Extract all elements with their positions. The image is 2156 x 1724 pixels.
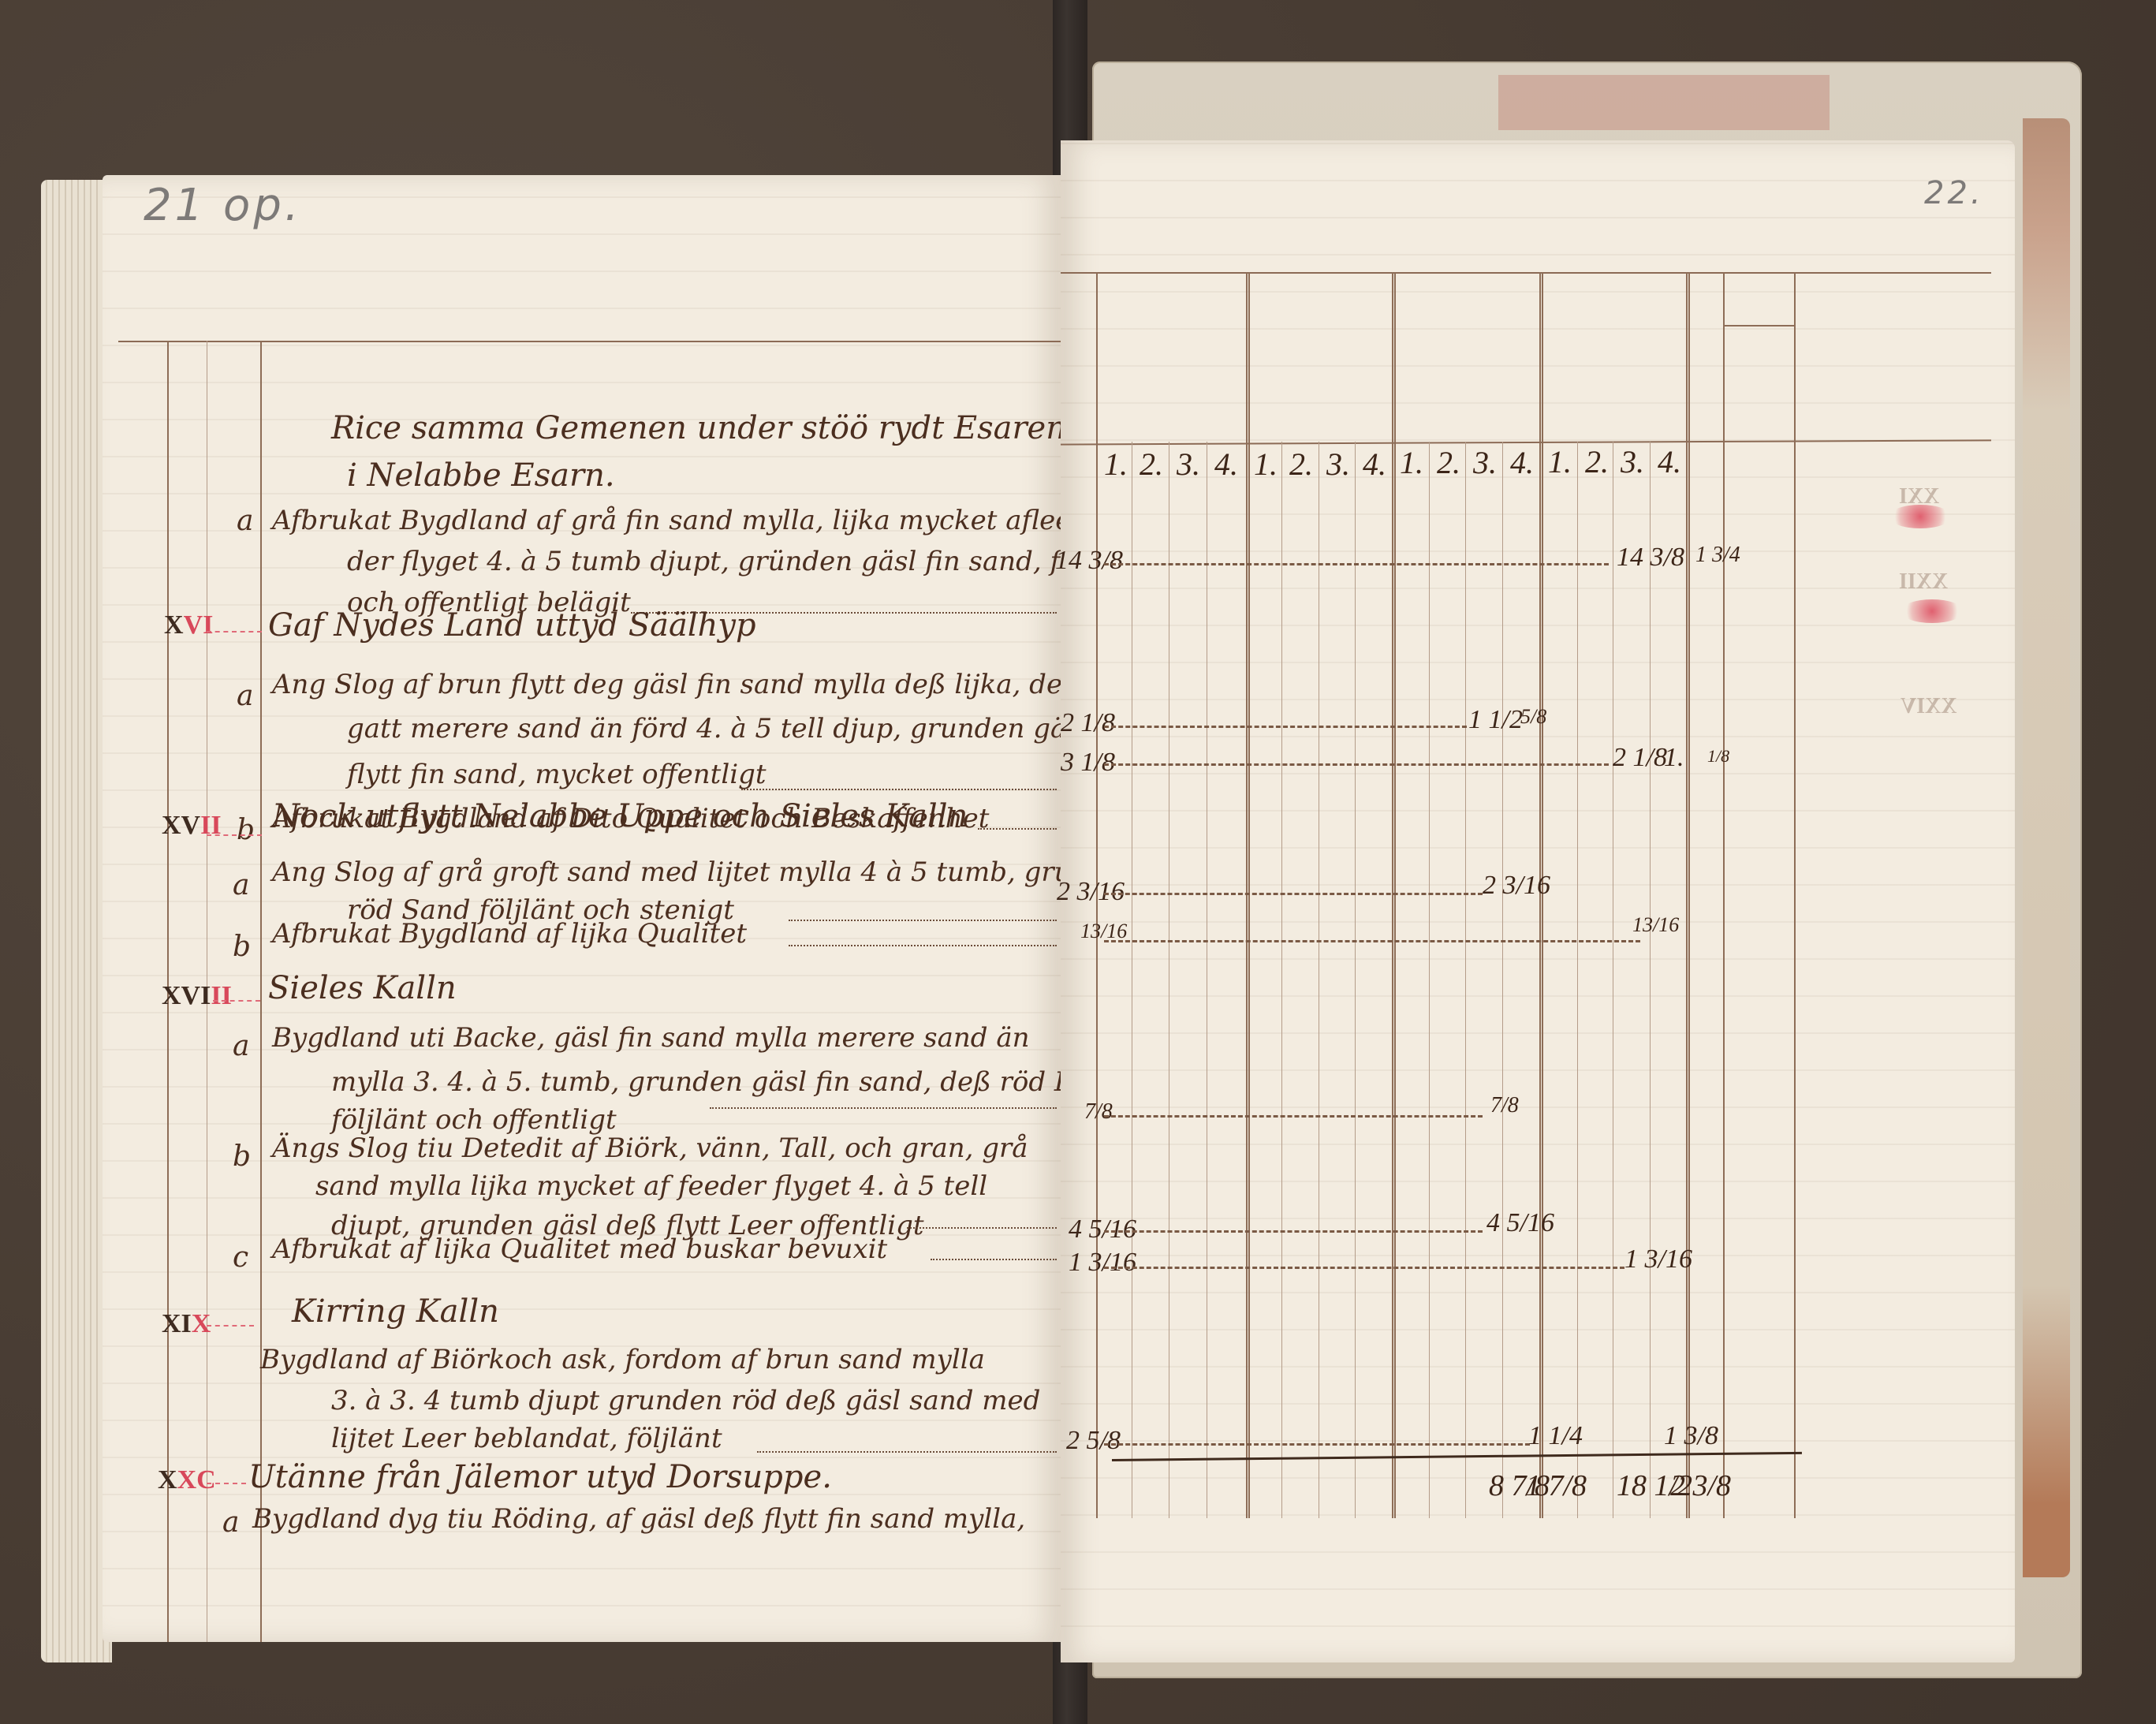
cell-value: 1 1/2 <box>1468 705 1523 735</box>
column-rule <box>1207 442 1207 1518</box>
total-value: 2 3/8 <box>1670 1468 1731 1503</box>
item-letter: a <box>233 869 249 901</box>
entry-line: Afbrukat af lijka Qualitet med buskar be… <box>272 1233 887 1265</box>
total-value: 1 7/8 <box>1526 1468 1587 1503</box>
section-heading: Nock utflytt Nelabbe Uppe och Sieles Kal… <box>272 798 968 834</box>
column-header: 3. <box>1469 444 1501 481</box>
lead-value: 2 1/8 <box>1061 708 1115 738</box>
entry-line: mylla 3. 4. à 5. tumb, grunden gäsl fin … <box>331 1066 1117 1098</box>
column-header: 2. <box>1581 443 1613 480</box>
cell-value: 4 5/16 <box>1486 1208 1554 1238</box>
entry-line: Bygdland uti Backe, gäsl fin sand mylla … <box>272 1022 1030 1054</box>
lead-value: 1 3/16 <box>1069 1248 1136 1278</box>
column-rule <box>1794 272 1796 1518</box>
leader-dots <box>741 789 1057 790</box>
section-numeral: XVI <box>164 610 213 640</box>
cell-value: 2 1/8 <box>1613 743 1667 773</box>
section-numeral: XVIII <box>162 981 232 1011</box>
lead-value: 3 1/8 <box>1061 748 1115 778</box>
column-rule <box>1355 442 1356 1518</box>
column-rule <box>1502 442 1503 1518</box>
header-rule <box>1061 272 1991 274</box>
column-rule <box>1281 442 1282 1518</box>
cell-value: 1. <box>1664 743 1684 773</box>
right-page-number: 22. <box>1924 175 1984 211</box>
section-heading: Kirring Kalln <box>292 1293 499 1330</box>
leader-dots <box>789 920 1057 921</box>
leader-dots <box>757 1451 1057 1453</box>
cell-value: 1 3/8 <box>1664 1421 1718 1451</box>
column-header: 1. <box>1250 446 1281 483</box>
entry-line: lijtet Leer beblandat, följlänt <box>331 1423 722 1454</box>
column-header: 4. <box>1359 446 1390 483</box>
lead-value: 7/8 <box>1084 1099 1113 1125</box>
bleedthrough-numeral: XXII <box>1899 569 1948 595</box>
bleedthrough-numeral: XXIV <box>1900 694 1957 719</box>
section-heading-cont: i Nelabbe Esarn. <box>347 457 615 494</box>
leader-dots <box>931 1259 1057 1260</box>
cell-value: 14 3/8 <box>1617 543 1684 573</box>
column-header: 2. <box>1433 444 1464 481</box>
column-header: 4. <box>1210 446 1242 483</box>
item-letter: a <box>222 1506 239 1539</box>
column-rule <box>1429 442 1430 1518</box>
row-leader <box>1104 763 1609 766</box>
left-page-stack <box>41 180 112 1662</box>
entry-line: der flyget 4. à 5 tumb djupt, gründen gä… <box>347 546 1146 577</box>
section-numeral: XVII <box>162 811 222 841</box>
column-header: 2. <box>1285 446 1317 483</box>
item-letter: a <box>237 505 253 537</box>
corner-box <box>1723 325 1796 405</box>
column-rule <box>1465 442 1466 1518</box>
lead-value: 4 5/16 <box>1069 1215 1136 1244</box>
margin-rule <box>260 341 262 1642</box>
entry-line: 3. à 3. 4 tumb djupt grunden röd deß gäs… <box>331 1385 1040 1416</box>
entry-line: Bygdland af Biörkoch ask, fordom af brun… <box>260 1344 985 1375</box>
red-leader <box>213 1000 260 1002</box>
lead-value: 2 3/16 <box>1057 877 1125 907</box>
cell-value: 1 1/4 <box>1528 1421 1583 1451</box>
column-rule <box>1132 442 1132 1518</box>
column-rule <box>1723 272 1725 1518</box>
leader-dots <box>978 828 1057 830</box>
entry-line: Ang Slog af grå groft sand med lijtet my… <box>272 856 1139 888</box>
entry-line: Ängs Slog tiu Detedit af Biörk, vänn, Ta… <box>272 1133 1028 1164</box>
item-letter: b <box>233 931 251 963</box>
left-page-number: 21 op. <box>144 180 302 231</box>
cell-value: 13/16 <box>1632 913 1679 937</box>
row-leader <box>1104 893 1483 895</box>
item-letter: c <box>233 1241 248 1274</box>
entry-line: Bygdland dyg tiu Röding, af gäsl deß fly… <box>252 1503 1025 1535</box>
red-leader <box>207 1325 254 1327</box>
column-header: 2. <box>1136 446 1167 483</box>
red-ink-blot <box>1900 599 1964 623</box>
leader-dots <box>907 1227 1057 1229</box>
column-header: 3. <box>1617 443 1648 480</box>
column-rule <box>1650 442 1651 1518</box>
column-header: 3. <box>1322 446 1354 483</box>
column-header: 4. <box>1654 443 1685 480</box>
row-leader <box>1104 563 1609 565</box>
row-leader <box>1104 726 1467 728</box>
cell-value: 5/8 <box>1520 705 1546 729</box>
section-numeral: XIX <box>162 1309 211 1339</box>
entry-line: Ang Slog af brun flytt deg gäsl fin sand… <box>272 669 1130 700</box>
cell-value: 1 3/16 <box>1624 1244 1692 1274</box>
item-letter: b <box>237 814 255 846</box>
cell-value: 7/8 <box>1490 1093 1519 1118</box>
row-leader <box>1104 1267 1624 1269</box>
torn-page-edge <box>1498 75 1830 130</box>
column-header: 3. <box>1173 446 1204 483</box>
red-leader <box>207 1483 246 1484</box>
item-letter: b <box>233 1140 251 1173</box>
lead-value: 2 5/8 <box>1066 1426 1121 1456</box>
column-header: 1. <box>1544 443 1576 480</box>
section-heading: Utänne från Jälemor utyd Dorsuppe. <box>248 1459 832 1495</box>
column-header: 1. <box>1100 446 1132 483</box>
cell-value: 1 3/4 <box>1695 543 1740 568</box>
entry-line: Afbrukat Bygdland af grå fin sand mylla,… <box>272 505 1126 536</box>
row-leader <box>1104 1115 1483 1118</box>
entry-line: sand mylla lijka mycket af feeder flyget… <box>315 1170 987 1202</box>
leader-dots <box>710 1107 1057 1109</box>
red-ink-blot <box>1889 505 1952 528</box>
column-rule <box>1577 442 1578 1518</box>
section-heading: Rice samma Gemenen under stöö rydt Esare… <box>331 410 1159 446</box>
entry-line: följlänt och offentligt <box>331 1104 617 1136</box>
cell-value: 2 3/16 <box>1483 871 1550 901</box>
cover-edge <box>2023 118 2070 1577</box>
section-heading: Gaf Nydes Land uttyd Säälhyp <box>268 607 756 644</box>
row-leader <box>1104 1230 1483 1233</box>
column-header: 4. <box>1506 444 1538 481</box>
entry-line: flytt fin sand, mycket offentligt <box>347 759 767 790</box>
cell-value: 1/8 <box>1707 746 1729 767</box>
column-rule <box>1169 442 1169 1518</box>
column-header: 1. <box>1396 444 1427 481</box>
section-numeral: XXC <box>158 1465 216 1495</box>
column-rule <box>1319 442 1319 1518</box>
item-letter: a <box>237 680 253 712</box>
column-group-rule <box>1686 272 1690 1518</box>
item-letter: a <box>233 1030 249 1062</box>
leader-dots <box>789 945 1057 946</box>
red-leader <box>207 834 262 836</box>
entry-line: gatt merere sand än förd 4. à 5 tell dju… <box>347 713 1147 744</box>
column-rule <box>1613 442 1613 1518</box>
row-leader <box>1104 1443 1530 1446</box>
lead-value: 14 3/8 <box>1055 546 1123 576</box>
red-leader <box>207 631 262 633</box>
entry-line: Afbrukat Bygdland af lijka Qualitet <box>272 918 747 950</box>
row-leader <box>1104 940 1640 942</box>
section-heading: Sieles Kalln <box>268 970 457 1006</box>
